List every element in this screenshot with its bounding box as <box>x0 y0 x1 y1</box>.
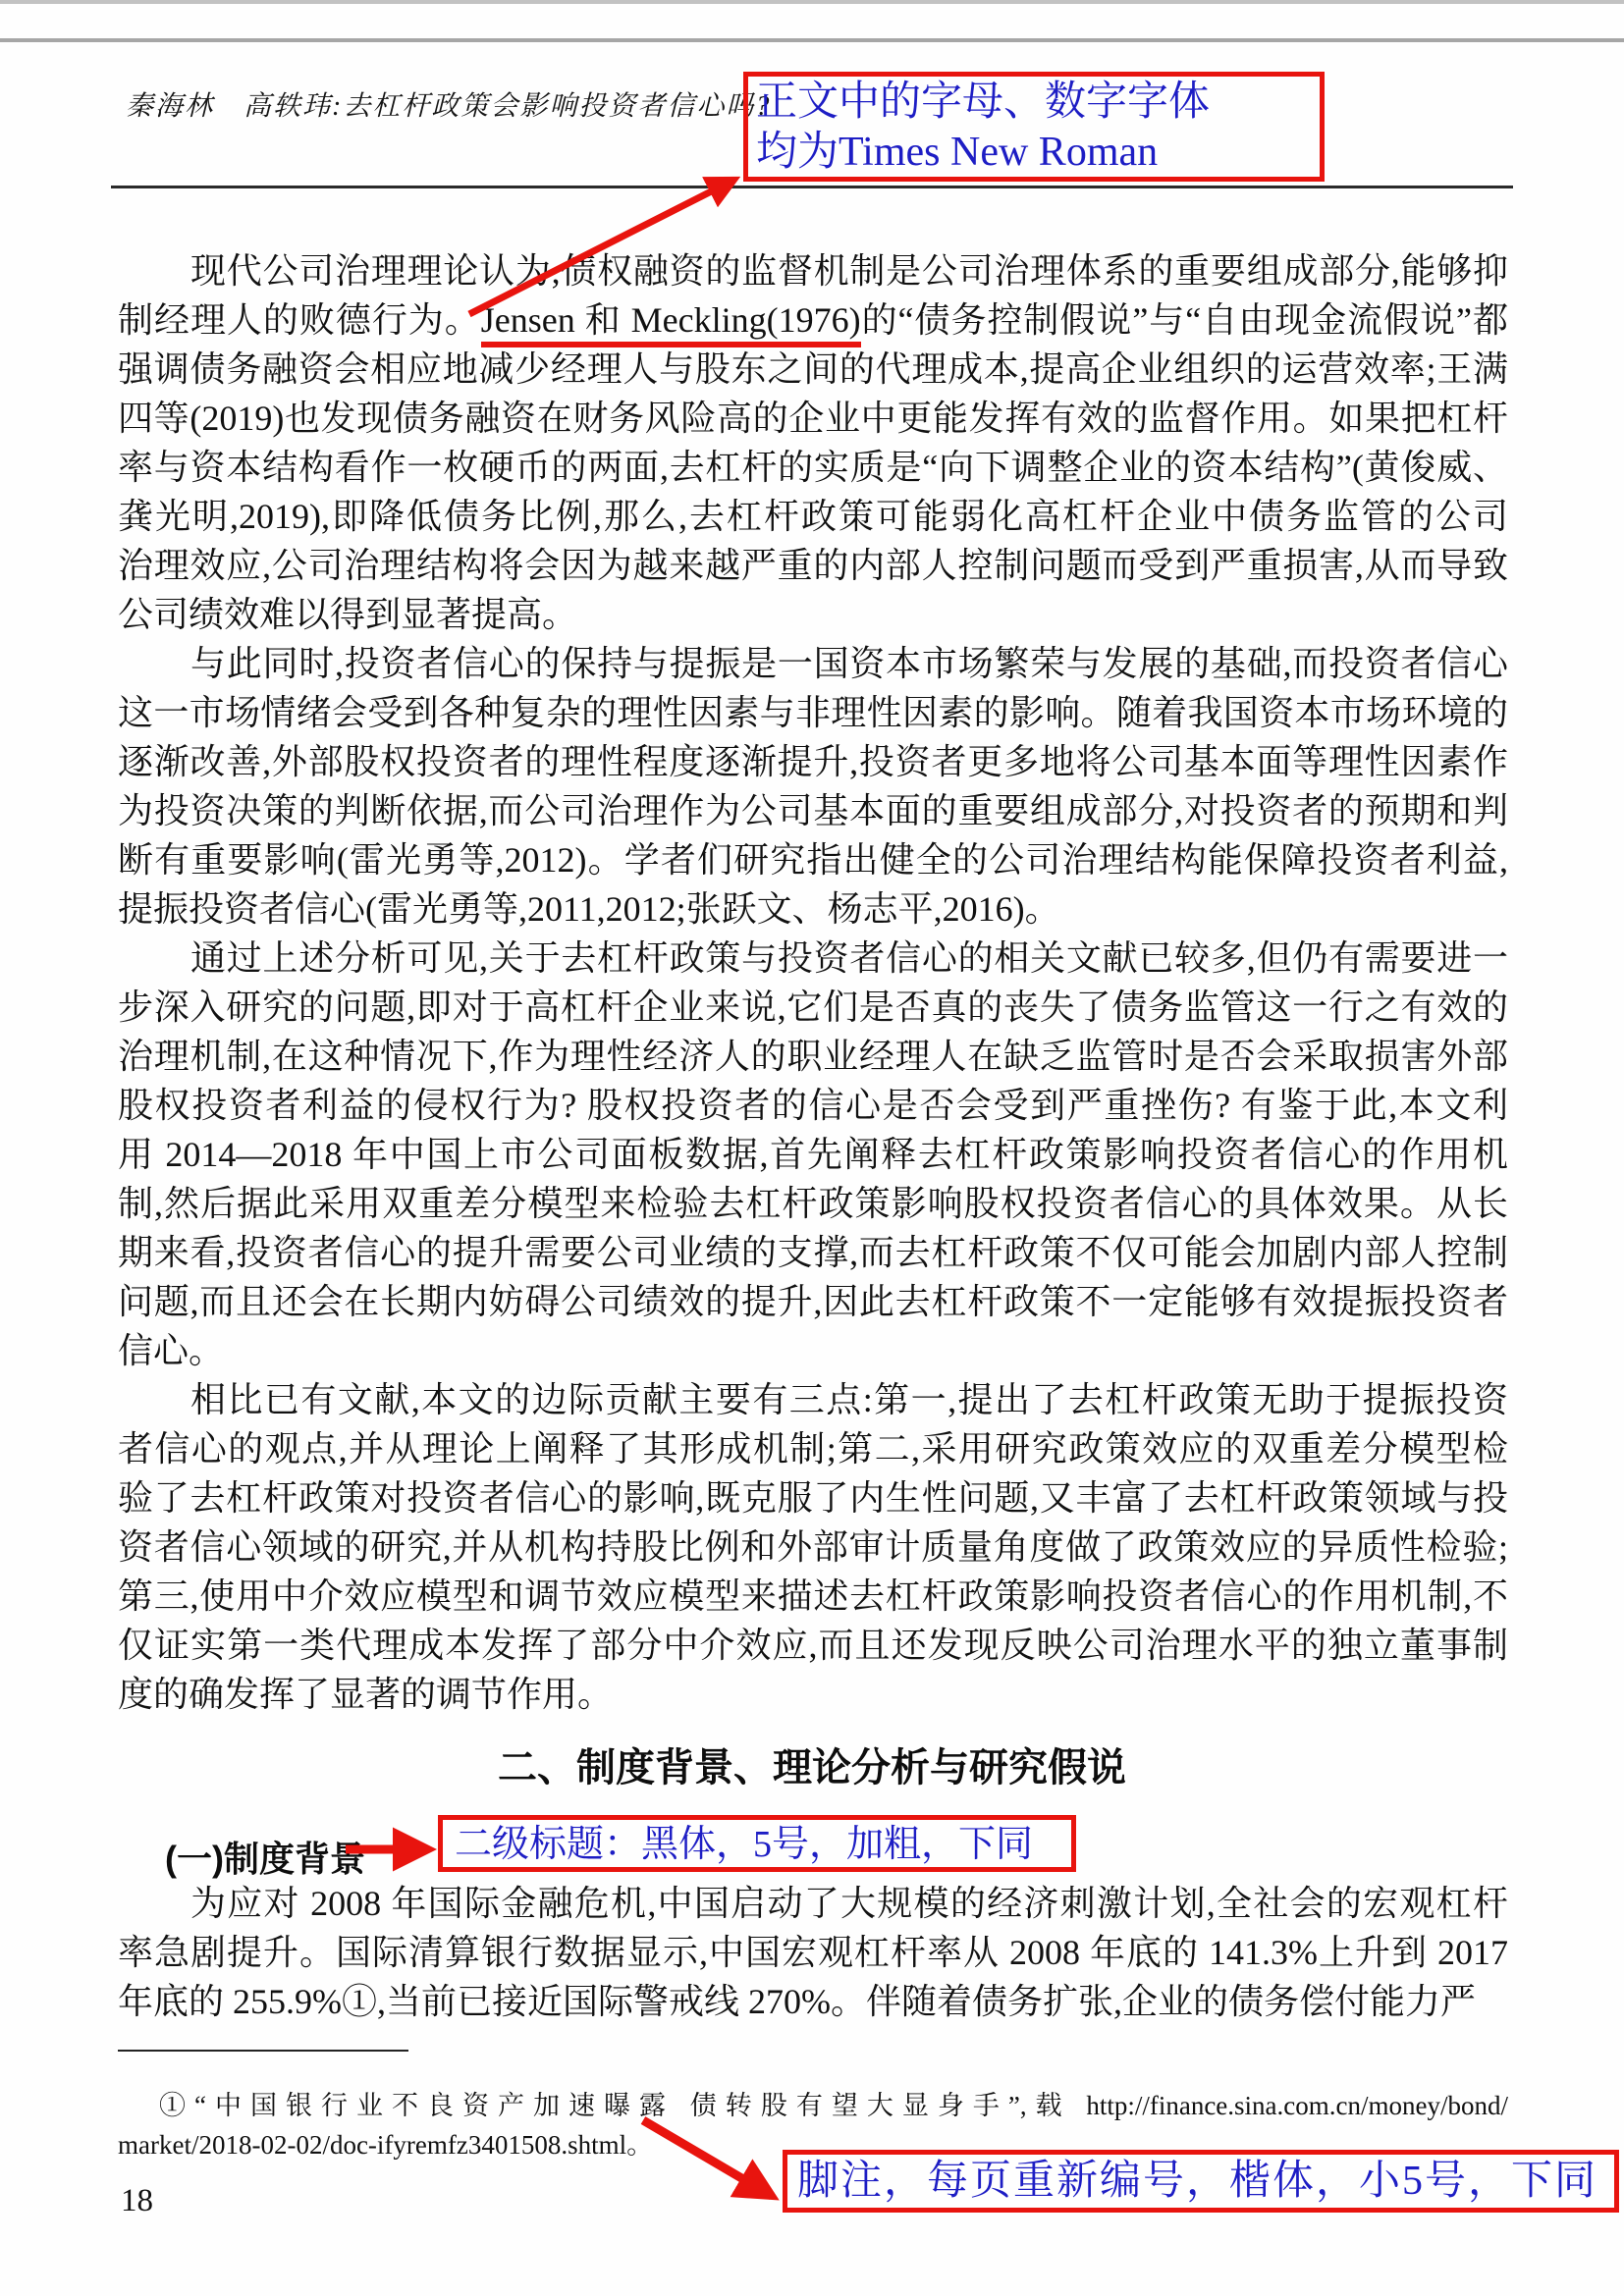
paragraph: 为应对 2008 年国际金融危机,中国启动了大规模的经济刺激计划,全社会的宏观杠… <box>118 1879 1508 2026</box>
text-line: 验了去杠杆政策对投资者信心的影响,既克服了内生性问题,又丰富了去杠杆政策领域与投 <box>118 1473 1508 1522</box>
text-line: 通过上述分析可见,关于去杠杆政策与投资者信心的相关文献已较多,但仍有需要进一 <box>118 934 1508 983</box>
scan-edge-top <box>0 0 1624 4</box>
text-line: 为应对 2008 年国际金融危机,中国启动了大规模的经济刺激计划,全社会的宏观杠… <box>118 1879 1508 1928</box>
footnote-separator-rule <box>118 2050 408 2052</box>
text-line: 期来看,投资者信心的提升需要公司业绩的支撑,而去杠杆政策不仅可能会加剧内部人控制 <box>118 1228 1508 1277</box>
paragraph: 与此同时,投资者信心的保持与提振是一国资本市场繁荣与发展的基础,而投资者信心这一… <box>118 639 1508 934</box>
text-line: 步深入研究的问题,即对于高杠杆企业来说,它们是否真的丧失了债务监管这一行之有效的 <box>118 983 1508 1032</box>
body-text-block: 为应对 2008 年国际金融危机,中国启动了大规模的经济刺激计划,全社会的宏观杠… <box>118 1879 1508 2026</box>
text-line: 者信心的观点,并从理论上阐释了其形成机制;第二,采用研究政策效应的双重差分模型检 <box>118 1424 1508 1473</box>
section-heading: 二、制度背景、理论分析与研究假说 <box>0 1746 1624 1789</box>
scan-artifact-line <box>0 38 1624 42</box>
text-line: 现代公司治理理论认为,债权融资的监督机制是公司治理体系的重要组成部分,能够抑 <box>118 246 1508 295</box>
text-line: 问题,而且还会在长期内妨碍公司绩效的提升,因此去杠杆政策不一定能够有效提振投资者 <box>118 1277 1508 1326</box>
subsection-heading: (一)制度背景 <box>165 1832 365 1882</box>
text-line: 率急剧提升。国际清算银行数据显示,中国宏观杠杆率从 2008 年底的 141.3… <box>118 1928 1508 1977</box>
text-line: 用 2014—2018 年中国上市公司面板数据,首先阐释去杠杆政策影响投资者信心… <box>118 1130 1508 1179</box>
paragraph: 相比已有文献,本文的边际贡献主要有三点:第一,提出了去杠杆政策无助于提振投资者信… <box>118 1375 1508 1719</box>
text-line: 四等(2019)也发现债务融资在财务风险高的企业中更能发挥有效的监督作用。如果把… <box>118 394 1508 443</box>
body-text-block: 现代公司治理理论认为,债权融资的监督机制是公司治理体系的重要组成部分,能够抑制经… <box>118 246 1508 1719</box>
text-line: 这一市场情绪会受到各种复杂的理性因素与非理性因素的影响。随着我国资本市场环境的 <box>118 688 1508 737</box>
annotation-box-footnote-style: 脚注，每页重新编号，楷体，小5号，下同 <box>783 2150 1619 2213</box>
text-line: 治理机制,在这种情况下,作为理性经济人的职业经理人在缺乏监管时是否会采取损害外部 <box>118 1032 1508 1081</box>
annotation-box-subheading-style: 二级标题：黑体，5号，加粗，下同 <box>438 1815 1076 1872</box>
text-line: 率与资本结构看作一枚硬币的两面,去杠杆的实质是“向下调整企业的资本结构”(黄俊威… <box>118 443 1508 492</box>
header-rule <box>111 186 1513 188</box>
text-line: 资者信心领域的研究,并从机构持股比例和外部审计质量角度做了政策效应的异质性检验; <box>118 1522 1508 1572</box>
text-line: 龚光明,2019),即降低债务比例,那么,去杠杆政策可能弱化高杠杆企业中债务监管… <box>118 492 1508 541</box>
text-line: 为投资决策的判断依据,而公司治理作为公司基本面的重要组成部分,对投资者的预期和判 <box>118 786 1508 835</box>
annotation-box-body-font: 正文中的字母、数字字体 均为Times New Roman <box>743 72 1325 182</box>
red-underline-annotation: Jensen 和 Meckling(1976) <box>481 300 861 347</box>
paragraph: 现代公司治理理论认为,债权融资的监督机制是公司治理体系的重要组成部分,能够抑制经… <box>118 246 1508 639</box>
text-line: 股权投资者利益的侵权行为? 股权投资者的信心是否会受到严重挫伤? 有鉴于此,本文… <box>118 1081 1508 1130</box>
text-line: 仅证实第一类代理成本发挥了部分中介效应,而且还发现反映公司治理水平的独立董事制 <box>118 1621 1508 1670</box>
text-line: 年底的 255.9%①,当前已接近国际警戒线 270%。伴随着债务扩张,企业的债… <box>118 1977 1508 2026</box>
paragraph: 通过上述分析可见,关于去杠杆政策与投资者信心的相关文献已较多,但仍有需要进一步深… <box>118 934 1508 1375</box>
text-line: 制经理人的败德行为。Jensen 和 Meckling(1976)的“债务控制假… <box>118 295 1508 345</box>
text-line: 强调债务融资会相应地减少经理人与股东之间的代理成本,提高企业组织的运营效率;王满 <box>118 345 1508 394</box>
text-line: 提振投资者信心(雷光勇等,2011,2012;张跃文、杨志平,2016)。 <box>118 884 1508 934</box>
text-line: 与此同时,投资者信心的保持与提振是一国资本市场繁荣与发展的基础,而投资者信心 <box>118 639 1508 688</box>
text-line: 断有重要影响(雷光勇等,2012)。学者们研究指出健全的公司治理结构能保障投资者… <box>118 835 1508 884</box>
text-line: 相比已有文献,本文的边际贡献主要有三点:第一,提出了去杠杆政策无助于提振投资 <box>118 1375 1508 1424</box>
running-header: 秦海林 高轶玮:去杠杆政策会影响投资者信心吗? <box>126 84 771 124</box>
text-line: ①“中国银行业不良资产加速曝露 债转股有望大显身手”,载 http://fina… <box>118 2086 1508 2125</box>
text-line: 第三,使用中介效应模型和调节效应模型来描述去杠杆政策影响投资者信心的作用机制,不 <box>118 1572 1508 1621</box>
text-line: 逐渐改善,外部股权投资者的理性程度逐渐提升,投资者更多地将公司基本面等理性因素作 <box>118 737 1508 786</box>
text-line: 治理效应,公司治理结构将会因为越来越严重的内部人控制问题而受到严重损害,从而导致 <box>118 541 1508 590</box>
text-line: 公司绩效难以得到显著提高。 <box>118 590 1508 639</box>
text-line: 信心。 <box>118 1326 1508 1375</box>
text-line: 制,然后据此采用双重差分模型来检验去杠杆政策影响股权投资者信心的具体效果。从长 <box>118 1179 1508 1228</box>
text-line: 度的确发挥了显著的调节作用。 <box>118 1670 1508 1719</box>
page-number: 18 <box>121 2183 153 2219</box>
paper-page: 秦海林 高轶玮:去杠杆政策会影响投资者信心吗? 正文中的字母、数字字体 均为Ti… <box>0 0 1624 2296</box>
